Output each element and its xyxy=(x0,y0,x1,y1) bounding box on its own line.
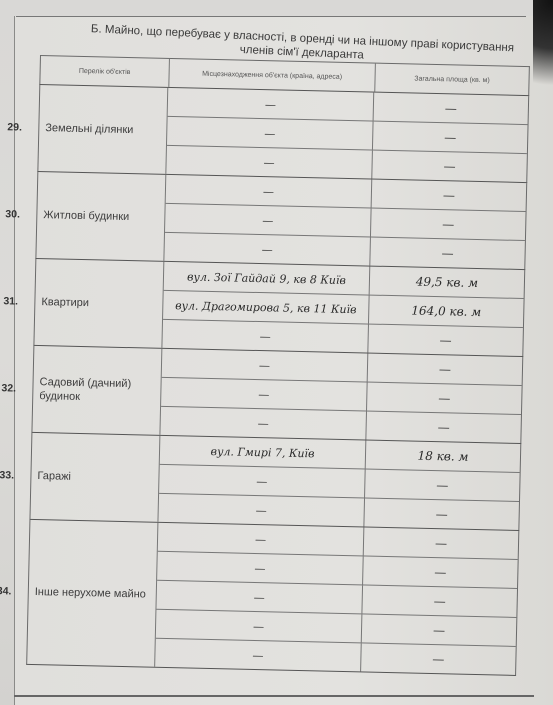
address-cell: — xyxy=(156,610,363,643)
area-cell: — xyxy=(363,556,518,587)
address-cell: — xyxy=(157,552,364,585)
frame-top-rule xyxy=(16,16,526,17)
header-area: Загальна площа (кв. м) xyxy=(375,64,529,95)
section-label: Земельні ділянки xyxy=(38,85,168,174)
address-cell: — xyxy=(162,320,369,353)
area-cell: — xyxy=(368,325,523,356)
table-section: 30.Житлові будинки—————— xyxy=(35,172,527,270)
address-cell: — xyxy=(161,378,368,411)
area-cell: — xyxy=(366,412,521,443)
area-cell: — xyxy=(362,614,517,645)
bottom-rule xyxy=(14,695,534,697)
section-number: 29. xyxy=(7,121,22,133)
address-cell: — xyxy=(165,204,372,237)
address-cell: — xyxy=(162,349,369,382)
address-cell: — xyxy=(158,523,365,556)
area-cell: 18 кв. м xyxy=(366,441,521,472)
table-section: 34.Інше нерухоме майно—————————— xyxy=(26,520,519,676)
section-label: Гаражі xyxy=(30,433,160,522)
address-cell: — xyxy=(168,88,375,121)
section-label: Інше нерухоме майно xyxy=(27,520,158,667)
property-table: Перелік об'єктів Місцезнаходження об'єкт… xyxy=(26,55,530,676)
table-section: 29.Земельні ділянки—————— xyxy=(37,85,529,183)
area-cell: — xyxy=(374,93,529,124)
area-cell: — xyxy=(368,354,523,385)
section-number: 33. xyxy=(0,469,14,481)
area-cell: — xyxy=(365,469,520,500)
address-cell: — xyxy=(164,233,371,266)
address-cell: — xyxy=(160,407,367,440)
area-cell: 164,0 кв. м xyxy=(369,296,524,327)
address-cell: вул. Гмирі 7, Київ xyxy=(160,436,367,469)
section-label: Садовий (дачний) будинок xyxy=(32,346,162,435)
address-cell: — xyxy=(167,117,374,150)
address-cell: вул. Зої Гайдай 9, кв 8 Київ xyxy=(164,262,371,295)
area-cell: — xyxy=(372,151,527,182)
area-cell: — xyxy=(370,238,525,269)
table-section: 31.Квартиривул. Зої Гайдай 9, кв 8 Київ4… xyxy=(33,259,525,357)
area-cell: 49,5 кв. м xyxy=(370,267,525,298)
table-section: 32.Садовий (дачний) будинок—————— xyxy=(31,346,523,444)
section-label: Квартири xyxy=(34,259,164,348)
area-cell: — xyxy=(371,209,526,240)
area-cell: — xyxy=(367,383,522,414)
area-cell: — xyxy=(362,585,517,616)
area-cell: — xyxy=(361,643,516,674)
address-cell: — xyxy=(159,465,366,498)
section-number: 31. xyxy=(3,295,18,307)
address-cell: — xyxy=(156,581,363,614)
area-cell: — xyxy=(373,122,528,153)
section-number: 34. xyxy=(0,585,12,597)
table-section: 33.Гаражівул. Гмирі 7, Київ18 кв. м———— xyxy=(29,433,521,531)
address-cell: — xyxy=(155,639,362,672)
address-cell: вул. Драгомирова 5, кв 11 Київ xyxy=(163,291,370,324)
section-number: 32. xyxy=(1,382,16,394)
page-edge-shadow xyxy=(533,0,553,120)
address-cell: — xyxy=(166,175,373,208)
area-cell: — xyxy=(364,527,519,558)
section-label: Житлові будинки xyxy=(36,172,166,261)
header-objects: Перелік об'єктів xyxy=(40,56,170,87)
address-cell: — xyxy=(158,494,365,527)
section-number: 30. xyxy=(5,208,20,220)
area-cell: — xyxy=(372,180,527,211)
area-cell: — xyxy=(364,498,519,529)
address-cell: — xyxy=(166,146,373,179)
header-location: Місцезнаходження об'єкта (країна, адреса… xyxy=(169,59,376,92)
